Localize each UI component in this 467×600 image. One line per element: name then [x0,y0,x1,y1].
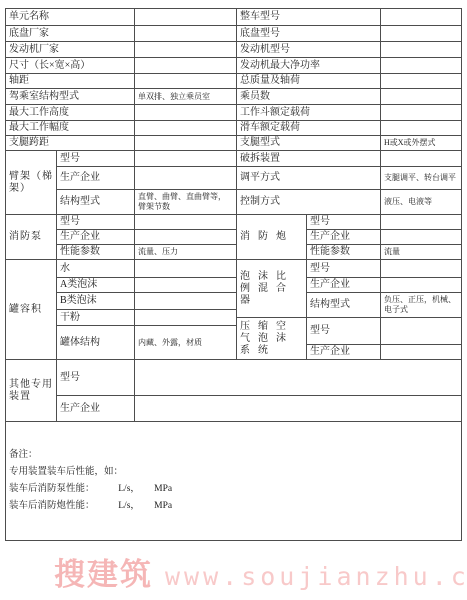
field-label: 罐体结构 [57,326,135,360]
field-value [135,396,462,422]
field-label: 干粉 [57,310,135,326]
field-value [135,105,237,121]
field-value [135,136,237,151]
field-value [135,360,462,396]
field-value [135,151,237,167]
field-label: 性能参数 [57,245,135,260]
field-value [381,260,462,278]
section-label-tank: 罐容积 [6,260,57,360]
field-value [135,26,237,42]
field-label: 生产企业 [307,345,381,360]
field-label: 驾乘室结构型式 [6,89,135,105]
watermark-url: www.soujianzhu.cn [165,562,467,591]
field-value [381,89,462,105]
notes-line: 专用装置装车后性能，如： [9,464,458,481]
field-value [381,230,462,245]
field-value [381,278,462,293]
field-label: 型号 [307,215,381,230]
field-label: 单元名称 [6,9,135,26]
field-value [135,293,237,310]
section-label-other-device: 其他专用装置 [6,360,57,422]
field-value [135,310,237,326]
field-label: 轴距 [6,74,135,89]
field-value [381,121,462,136]
vehicle-spec-table: 单元名称 整车型号 底盘厂家 底盘型号 发动机厂家 发动机型号 尺寸（长×宽×高… [5,8,462,541]
field-value [381,74,462,89]
remarks-cell: 备注： 专用装置装车后性能，如： 装车后消防泵性能： L/s， MPa 装车后消… [6,422,462,541]
field-label: 生产企业 [57,230,135,245]
field-value [381,215,462,230]
field-label: 控制方式 [237,190,381,215]
field-label: 破拆装置 [237,151,381,167]
field-label: 尺寸（长×宽×高） [6,58,135,74]
field-value [381,151,462,167]
field-value [135,74,237,89]
field-value [135,58,237,74]
field-value: 负压、正压，机械、电子式 [381,293,462,318]
field-label: 结构型式 [307,293,381,318]
field-value [381,345,462,360]
field-value [135,278,237,293]
field-label: 发动机型号 [237,42,381,58]
field-label: 生产企业 [57,396,135,422]
field-value [381,9,462,26]
field-value: H或X或外摆式 [381,136,462,151]
field-label: 生产企业 [307,230,381,245]
field-value [381,105,462,121]
field-value: 内藏、外露，材质 [135,326,237,360]
field-value [381,26,462,42]
watermark: 搜建筑www.soujianzhu.cn [54,549,467,594]
field-label: 型号 [307,260,381,278]
field-label: 最大工作幅度 [6,121,135,136]
field-value: 流量、压力 [135,245,237,260]
field-label: 性能参数 [307,245,381,260]
section-label-foam-mixer: 泡沫比例混合器 [237,260,307,318]
field-label: 生产企业 [57,167,135,190]
field-label: 调平方式 [237,167,381,190]
field-label: 乘员数 [237,89,381,105]
field-value [135,121,237,136]
field-label: 结构型式 [57,190,135,215]
field-value [135,9,237,26]
field-value [135,260,237,278]
notes-line: 备注： [9,447,458,464]
watermark-brand: 搜建筑 [54,557,153,592]
section-label-cafs: 压缩空气泡沫系统 [237,318,307,360]
field-label: 型号 [57,360,135,396]
field-value: 单双排、独立乘员室 [135,89,237,105]
field-label: 整车型号 [237,9,381,26]
field-value: 直臂、曲臂、直曲臂等，臂架节数 [135,190,237,215]
field-label: 滑车额定载荷 [237,121,381,136]
field-label: 工作斗额定载荷 [237,105,381,121]
field-label: 底盘厂家 [6,26,135,42]
field-label: 支腿型式 [237,136,381,151]
field-value [135,42,237,58]
notes-line: 装车后消防炮性能： L/s， MPa [9,498,458,515]
field-value [381,42,462,58]
field-label: 总质量及轴荷 [237,74,381,89]
section-label-pump: 消防泵 [6,215,57,260]
field-value: 流量 [381,245,462,260]
field-label: 底盘型号 [237,26,381,42]
field-label: 生产企业 [307,278,381,293]
field-value [135,167,237,190]
section-label-monitor: 消防炮 [237,215,307,260]
section-label-boom: 臂架（梯架） [6,151,57,215]
field-label: A类泡沫 [57,278,135,293]
field-value [381,318,462,345]
field-label: 发动机厂家 [6,42,135,58]
field-label: 型号 [57,215,135,230]
field-label: B类泡沫 [57,293,135,310]
field-label: 最大工作高度 [6,105,135,121]
field-label: 支腿跨距 [6,136,135,151]
field-label: 型号 [57,151,135,167]
field-label: 发动机最大净功率 [237,58,381,74]
field-value [135,215,237,230]
notes-line: 装车后消防泵性能： L/s， MPa [9,481,458,498]
field-value: 液压、电液等 [381,190,462,215]
field-value [381,58,462,74]
field-label: 水 [57,260,135,278]
field-value [135,230,237,245]
spec-form-page: 单元名称 整车型号 底盘厂家 底盘型号 发动机厂家 发动机型号 尺寸（长×宽×高… [0,0,467,600]
field-value: 支腿调平、转台调平 [381,167,462,190]
field-label: 型号 [307,318,381,345]
